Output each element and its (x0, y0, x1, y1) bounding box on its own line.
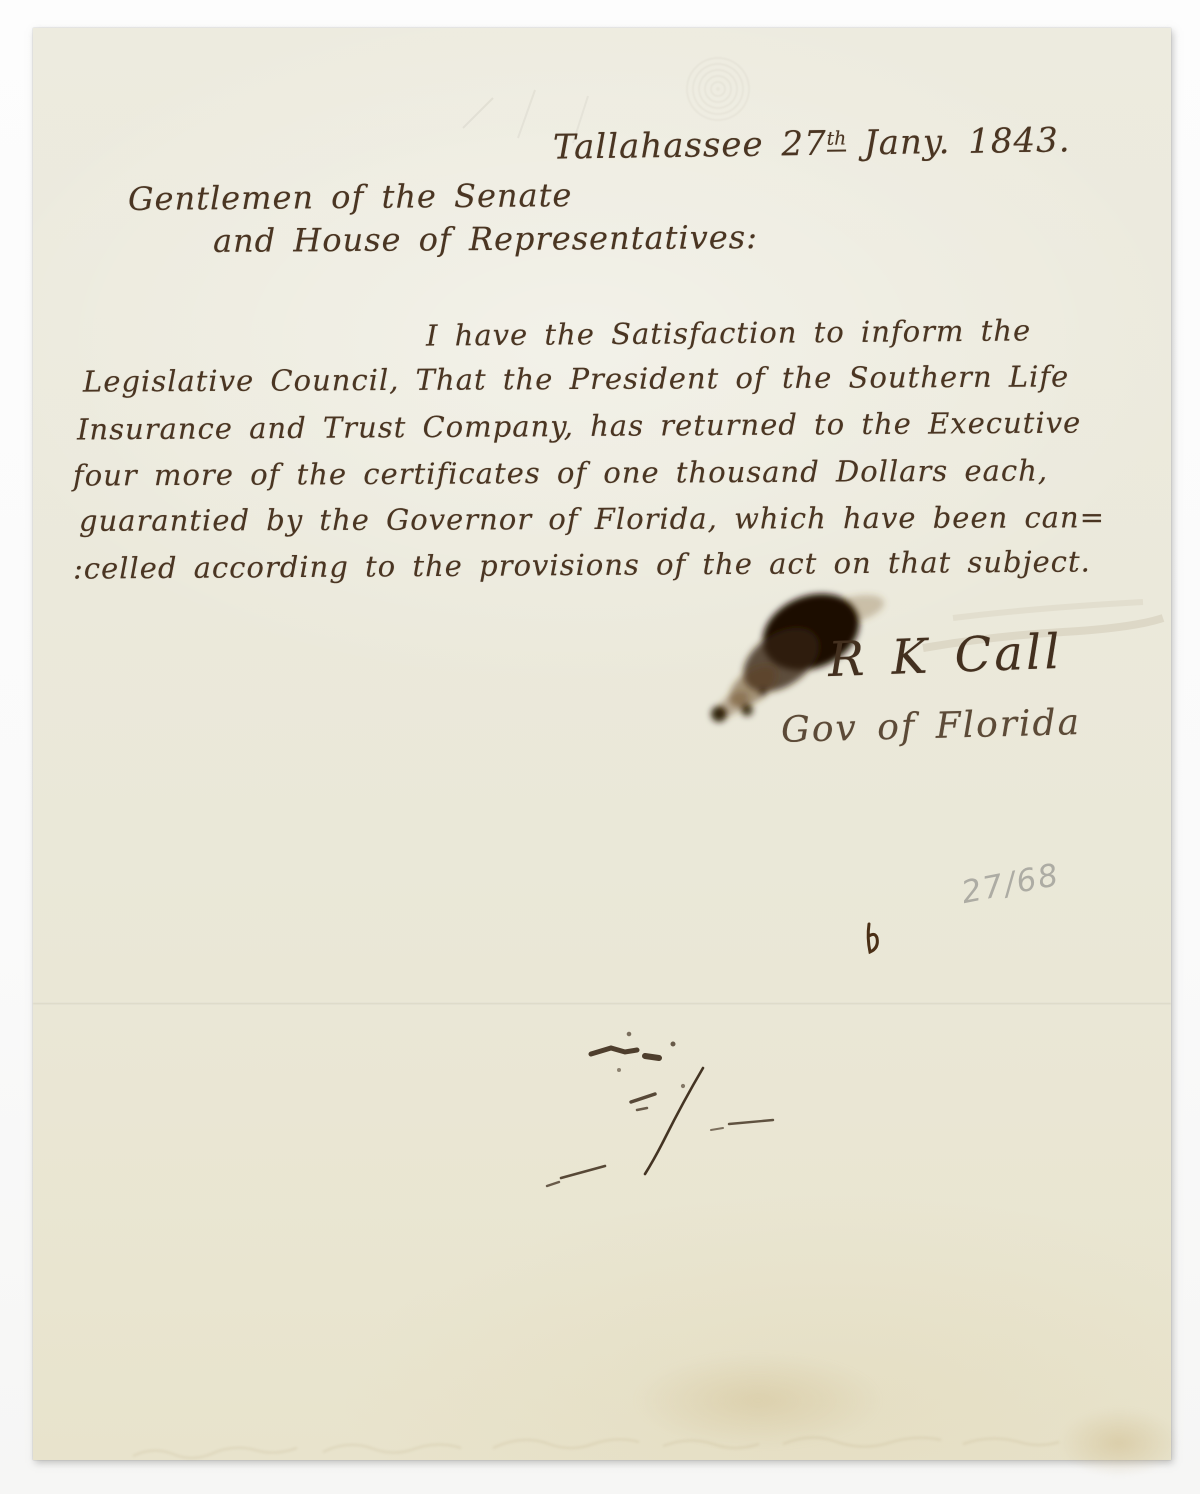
body-line: :celled according to the provisions of t… (73, 544, 1091, 585)
letter-paper: Tallahassee 27th Jany. 1843. Gentlemen o… (33, 28, 1171, 1460)
body-line: guarantied by the Governor of Florida, w… (79, 500, 1105, 538)
small-ink-mark (855, 918, 895, 968)
salutation-line-1: Gentlemen of the Senate (128, 176, 573, 218)
body-line: Legislative Council, That the President … (83, 359, 1069, 398)
pencil-notation: 27/68 (958, 857, 1062, 911)
bleed-through-marks (123, 1426, 1083, 1472)
dateline: Tallahassee 27th Jany. 1843. (553, 120, 1071, 167)
dateline-ordinal: th (827, 129, 847, 152)
dateline-day: 27 (781, 124, 827, 165)
fingerprint-smudge (683, 54, 753, 124)
body-line: four more of the certificates of one tho… (73, 453, 1048, 492)
dateline-place: Tallahassee (553, 125, 764, 168)
scanned-letter: Tallahassee 27th Jany. 1843. Gentlemen o… (0, 0, 1200, 1494)
salutation-line-2: and House of Representatives: (213, 218, 758, 260)
body-line: I have the Satisfaction to inform the (426, 313, 1031, 352)
signature-title: Gov of Florida (781, 702, 1082, 751)
ink-spatter (533, 1006, 803, 1196)
body-line: Insurance and Trust Company, has returne… (77, 405, 1081, 446)
dateline-month-year: Jany. 1843. (864, 120, 1071, 163)
signature-name: R K Call (827, 624, 1063, 688)
fold-crease (33, 1002, 1171, 1005)
